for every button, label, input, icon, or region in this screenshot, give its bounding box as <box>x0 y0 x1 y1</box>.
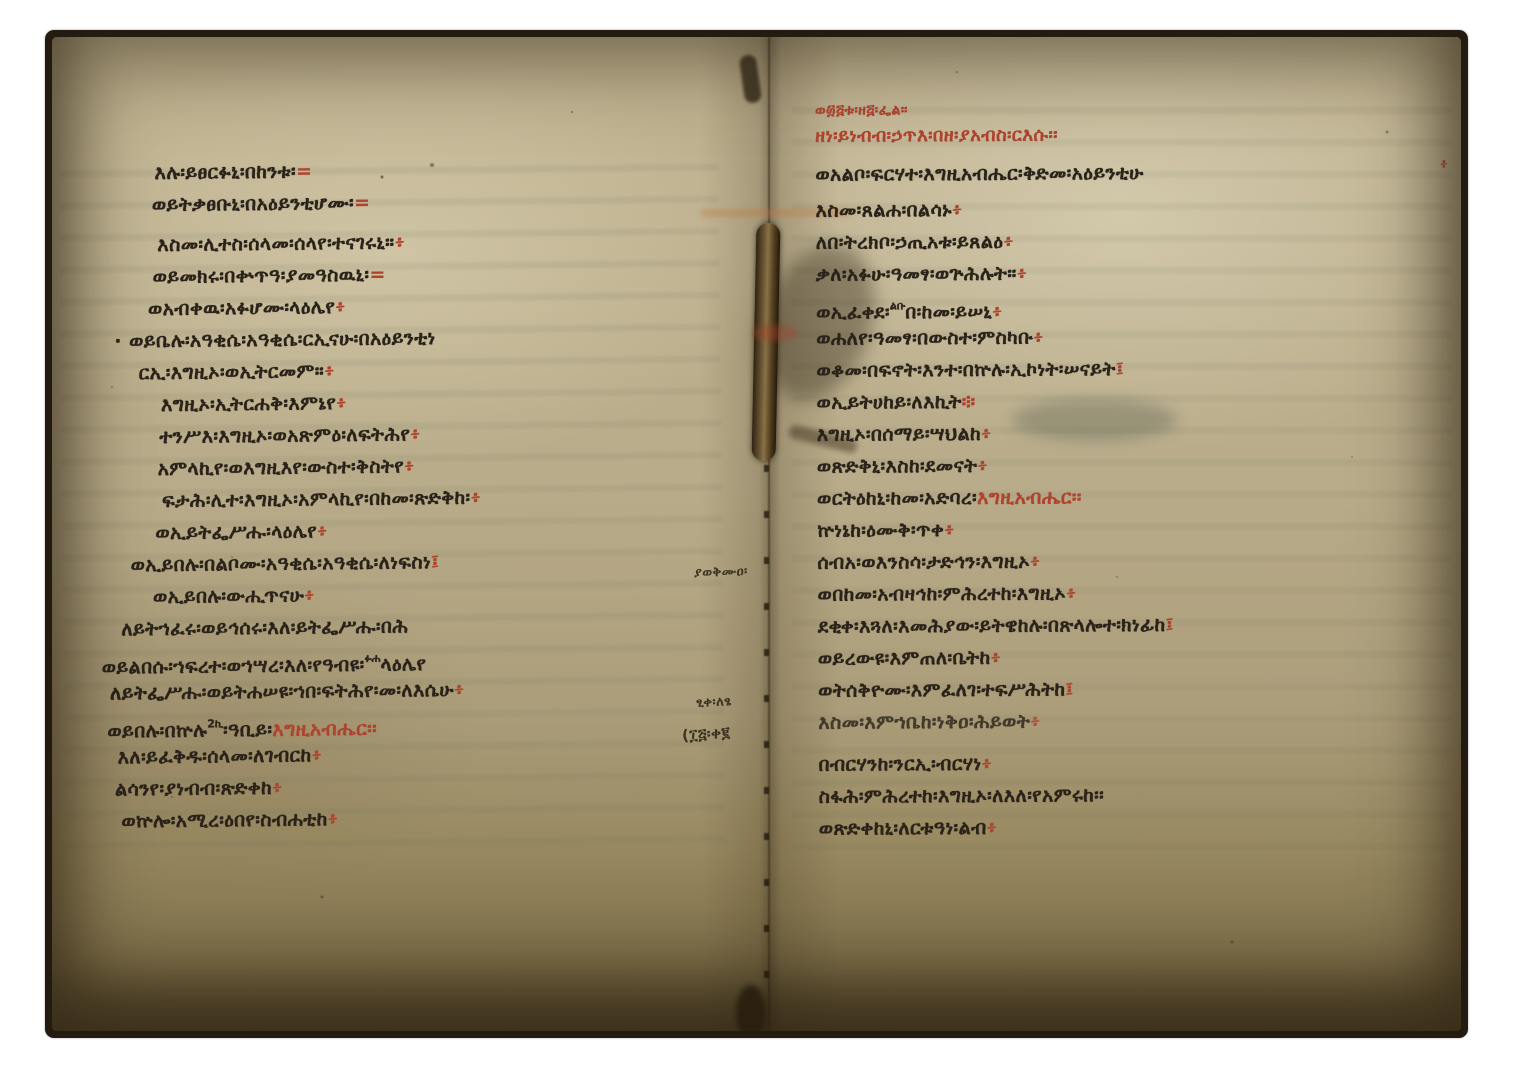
red-margin-mark: ፥ <box>1440 155 1448 173</box>
margin-note-gloss: ያወቅሙዐ፡ <box>694 564 748 581</box>
body-text: እሉ፡ይፀርፉኒ፡በከንቱ፡ <box>154 161 296 184</box>
body-text: እስመ፡ሊተስ፡ሰላመ፡ሰላየ፡ተናገሩኒ። <box>157 232 394 256</box>
rubric-text: ፥ <box>311 744 322 766</box>
body-text: ፡ዓቢይ፡ <box>223 719 273 742</box>
body-text: ወበከመ፡አብዛኅከ፡ምሕረተከ፡እግዚኦ <box>818 582 1066 605</box>
body-text: ፉሐ <box>364 652 380 665</box>
screenshot-canvas: እሉ፡ይፀርፉኒ፡በከንቱ፡=ወይትቃፀቡኒ፡በአዕይንቲሆሙ፡=እስመ፡ሊተስ… <box>0 0 1515 1071</box>
body-text: ርኢ፡እግዚኦ፡ወኢትርመም። <box>139 360 325 384</box>
body-text: እግዚኦ፡በሰማይ፡ሣህልከ <box>817 423 981 446</box>
body-text: ልቡ <box>890 299 906 312</box>
body-text: ወይረውዩ፡እምጠለ፡ቤትከ <box>818 647 991 670</box>
body-text: ወቆመ፡በፍኖት፡እንተ፡በኵሉ፡ኢኮነት፡ሠናይት <box>816 358 1115 382</box>
body-text: ተንሥእ፡እግዚኦ፡ወአጽምዕ፡ለፍትሕየ <box>159 423 410 448</box>
body-text: ወኢይትሀከይ፡ለእኪት <box>817 391 962 414</box>
body-text: ላዕሌየ <box>380 653 426 675</box>
body-text: ለበ፡ትረክቦ፡ኃጢአቱ፡ይጸልዕ <box>816 231 1004 254</box>
right-page-text-block: ወ፴፭ቱ፡ዘ፭፡ፌል።ዘነ፡ይነብብ፡ኃጥእ፡በዘ፡ያአብስ፡ርእሱ፡፡ወአልቦ… <box>815 92 1461 845</box>
manuscript-line: ወኢይትሀከይ፡ለእኪት፨ <box>817 384 1461 419</box>
rubric-text: ፤ <box>1065 678 1073 700</box>
margin-note-b: (፲፭፡ቀ፪ <box>681 723 730 744</box>
manuscript-line: ለበ፡ትረክቦ፡ኃጢአቱ፡ይጸልዕ፥ <box>816 224 1461 259</box>
body-text: ደቂቀ፡እጓለ፡እመሕያው፡ይትዌከሉ፡በጽላሎተ፡ክነፊከ <box>818 614 1166 638</box>
body-text: ኵነኔከ፡ዕሙቅ፡ጥቀ <box>817 519 944 542</box>
rubric-text: ፤ <box>431 551 440 573</box>
body-text: እስመ፡ጸልሐ፡በልሳኑ <box>816 199 952 222</box>
margin-note-a: ፂቀ፡ለፄ <box>696 694 733 711</box>
rubric-text: ፥ <box>328 808 339 830</box>
manuscript-line: ዘነ፡ይነብብ፡ኃጥእ፡በዘ፡ያአብስ፡ርእሱ፡፡ <box>815 118 1461 153</box>
body-text: ለይትኀፈሩ፡ወይኅሰሩ፡እለ፡ይትፌሥሑ፡በሕ <box>121 615 408 640</box>
rubric-text: ፤ <box>1166 614 1174 636</box>
rubric-text: ፥ <box>304 584 315 606</box>
manuscript-line: እስመ፡እምኀቤከ፡ነቅዐ፡ሕይወት፥ <box>818 704 1461 739</box>
manuscript-line: ወ፴፭ቱ፡ዘ፭፡ፌል። <box>815 92 1461 121</box>
body-text: ወኵሎ፡አሚረ፡ዕበየ፡ስብሐቲከ <box>121 808 328 832</box>
body-text: አምላኪየ፡ወእግዚእየ፡ውስተ፡ቅስትየ <box>158 455 405 480</box>
rubric-text: ፥ <box>1017 263 1028 285</box>
manuscript-line: እግዚኦ፡በሰማይ፡ሣህልከ፥ <box>817 416 1461 451</box>
body-text: በ፡ከመ፡ይሠኒ <box>905 301 992 323</box>
rubric-text: ፨ <box>962 391 976 413</box>
body-text: ሰብአ፡ወእንስሳ፡ታድኅን፡እግዚኦ <box>817 551 1030 574</box>
body-text: ወሐለየ፡ዓመፃ፡በውስተ፡ምስካቡ <box>816 327 1033 350</box>
body-text: 2ኪ <box>207 717 223 730</box>
body-text: ወጽድቅኒ፡እስከ፡ደመናት <box>817 455 978 478</box>
rubric-text: ፥ <box>335 296 346 318</box>
rubric-text: ፥ <box>1003 231 1014 253</box>
rubric-text: ፥ <box>404 455 415 477</box>
manuscript-line: ወአልቦ፡ፍርሃተ፡እግዚአብሔር፡ቅድመ፡አዕይንቲሁ <box>815 156 1461 191</box>
body-text: ወትሰቅዮሙ፡እምፈለገ፡ተፍሥሕትከ <box>818 678 1065 701</box>
rubric-text: ፥ <box>336 392 347 414</box>
manuscript-photo: እሉ፡ይፀርፉኒ፡በከንቱ፡=ወይትቃፀቡኒ፡በአዕይንቲሆሙ፡=እስመ፡ሊተስ… <box>45 30 1468 1038</box>
body-text: ወይትቃፀቡኒ፡በአዕይንቲሆሙ፡ <box>152 192 354 216</box>
rubric-text: ፥ <box>1033 327 1044 349</box>
rubric-text: ፥ <box>992 301 1003 323</box>
manuscript-line: ወኢፈቀደ፡ልቡበ፡ከመ፡ይሠኒ፥ <box>816 288 1461 323</box>
rubric-text: ፥ <box>952 199 963 221</box>
rubric-text: ፥ <box>454 679 465 701</box>
body-text: እስመ፡እምኀቤከ፡ነቅዐ፡ሕይወት <box>818 711 1030 734</box>
body-text: ልሳንየ፡ያነብብ፡ጽድቀከ <box>115 777 272 801</box>
rubric-text: ፥ <box>981 753 992 775</box>
manuscript-line: ወትሰቅዮሙ፡እምፈለገ፡ተፍሥሕትከ፤ <box>818 672 1461 707</box>
body-text: ወአልቦ፡ፍርሃተ፡እግዚአብሔር፡ቅድመ፡አዕይንቲሁ <box>815 162 1143 186</box>
rubric-text: ፥ <box>470 487 481 509</box>
rubric-text: እግዚአብሔር፡፡ <box>977 486 1082 509</box>
body-text: እግዚኦ፡ኢትርሐቅ፡እምኔየ <box>161 392 336 416</box>
manuscript-line: ወጽድቀከኒ፡ለርቱዓነ፡ልብ፥ <box>819 810 1461 845</box>
manuscript-line: ኵነኔከ፡ዕሙቅ፡ጥቀ፥ <box>817 512 1461 547</box>
body-text: ወይልበሱ፡ኀፍረተ፡ወኀሣረ፡እለ፡የዓብዩ፡ <box>102 654 365 679</box>
body-text: ወይቤሉ፡አዓቂሴ፡አዓቂሴ፡ርኢናሁ፡በአዕይንቲነ <box>129 327 436 352</box>
manuscript-line: ሰብአ፡ወእንስሳ፡ታድኅን፡እግዚኦ፥ <box>817 544 1461 579</box>
rubric-text: ፥ <box>987 817 998 839</box>
body-text: ወአብቀዉ፡አፉሆሙ፡ላዕሌየ <box>148 296 335 320</box>
body-text: ስፋሕ፡ምሕረተከ፡እግዚኦ፡ለእለ፡የአምሩከ፡፡ <box>819 784 1105 807</box>
body-text: ቃለ፡አፉሁ፡ዓመፃ፡ወጕሕሉት። <box>816 263 1017 286</box>
manuscript-line: እስመ፡ጸልሐ፡በልሳኑ፥ <box>816 192 1461 227</box>
manuscript-line: ወቆመ፡በፍኖት፡እንተ፡በኵሉ፡ኢኮነት፡ሠናይት፤ <box>816 352 1461 387</box>
body-text: ለይትፌሥሑ፡ወይትሐሠዩ፡ኀበ፡ፍትሕየ፡መ፡ለእሴሁ <box>110 679 454 705</box>
body-text: ወኢይትፌሥሑ፡ላዕሌየ <box>155 520 317 544</box>
manuscript-line: ወኵሎ፡አሚረ፡ዕበየ፡ስብሐቲከ፥ <box>121 799 793 838</box>
body-text: በብርሃንከ፡ንርኢ፡ብርሃነ <box>818 753 981 776</box>
body-text: ወጽድቀከኒ፡ለርቱዓነ፡ልብ <box>819 817 987 840</box>
body-text: ወይበሉ፡በኵሉ <box>107 720 207 743</box>
manuscript-line: ደቂቀ፡እጓለ፡እመሕያው፡ይትዌከሉ፡በጽላሎተ፡ክነፊከ፤ <box>818 608 1461 643</box>
body-text: እለ፡ይፈቅዱ፡ሰላመ፡ለገብርከ <box>118 744 312 768</box>
rubric-text: ፤ <box>1116 358 1124 380</box>
rubric-text: ፥ <box>272 777 283 799</box>
manuscript-line: ወይረውዩ፡እምጠለ፡ቤትከ፥ <box>818 640 1461 675</box>
body-text: ወኢይበሉ፡ውሒጥናሁ <box>153 584 304 608</box>
manuscript-line: በብርሃንከ፡ንርኢ፡ብርሃነ፥ <box>818 746 1461 781</box>
manuscript-line: ስፋሕ፡ምሕረተከ፡እግዚኦ፡ለእለ፡የአምሩከ፡፡ <box>819 778 1461 813</box>
rubric-text: ፥ <box>1066 582 1077 604</box>
rubric-text: ፥ <box>317 520 328 542</box>
rubric-text: ወ፴፭ቱ፡ዘ፭፡ፌል። <box>815 102 908 118</box>
body-text: ወይመክሩ፡በቍጥዓ፡ያመዓስዉኒ፡ <box>153 264 370 288</box>
body-text: ፍታሕ፡ሊተ፡እግዚኦ፡አምላኪየ፡በከመ፡ጽድቅከ፡ <box>162 487 471 512</box>
rubric-text: = <box>354 192 371 214</box>
rubric-text: ፥ <box>944 519 955 541</box>
parchment-spread: እሉ፡ይፀርፉኒ፡በከንቱ፡=ወይትቃፀቡኒ፡በአዕይንቲሆሙ፡=እስመ፡ሊተስ… <box>52 37 1461 1031</box>
rubric-text: = <box>296 160 313 182</box>
rubric-text: ፥ <box>410 423 421 445</box>
rubric-text: ፥ <box>394 231 405 253</box>
manuscript-line: ወርትዕከኒ፡ከመ፡አድባረ፡እግዚአብሔር፡፡ <box>817 480 1461 515</box>
rubric-text: ፥ <box>1030 551 1041 573</box>
rubric-text: ፥ <box>977 455 988 477</box>
body-text: ወኢፈቀደ፡ <box>816 301 890 323</box>
rubric-text: = <box>369 264 386 286</box>
manuscript-line: ወጽድቅኒ፡እስከ፡ደመናት፥ <box>817 448 1461 483</box>
body-text: ወኢይበሉ፡በልቦሙ፡አዓቂሴ፡አዓቂሴ፡ለነፍስነ <box>131 551 432 576</box>
manuscript-line: ወይትቃፀቡኒ፡በአዕይንቲሆሙ፡= <box>152 183 787 222</box>
body-text: ወርትዕከኒ፡ከመ፡አድባረ፡ <box>817 487 977 510</box>
manuscript-line: ወሐለየ፡ዓመፃ፡በውስተ፡ምስካቡ፥ <box>816 320 1461 355</box>
rubric-text: እግዚአብሔር፡፡ <box>272 718 377 741</box>
rubric-text: ፥ <box>324 360 335 382</box>
rubric-text: ፥ <box>1030 711 1041 733</box>
body-text: · <box>114 330 129 352</box>
rubric-text: ፥ <box>990 647 1001 669</box>
rubric-text: ፥ <box>981 423 992 445</box>
manuscript-line: ቃለ፡አፉሁ፡ዓመፃ፡ወጕሕሉት።፥ <box>816 256 1461 291</box>
rubric-text: ዘነ፡ይነብብ፡ኃጥእ፡በዘ፡ያአብስ፡ርእሱ፡፡ <box>815 124 1058 146</box>
manuscript-line: ወበከመ፡አብዛኅከ፡ምሕረተከ፡እግዚኦ፥ <box>818 576 1461 611</box>
